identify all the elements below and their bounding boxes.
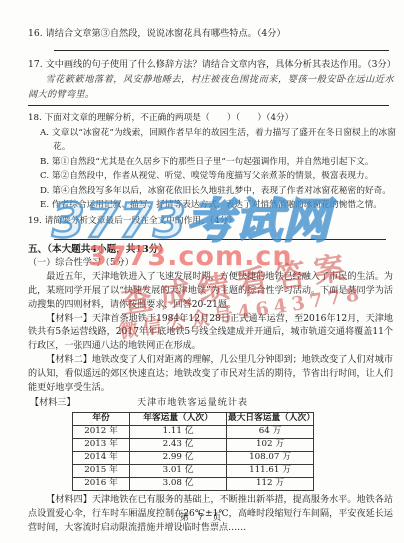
subsection-heading: （一）综合性学习（5分） bbox=[28, 257, 393, 271]
question-16: 16. 请结合文章第③自然段，说说冰窗花具有哪些特点。（4分） bbox=[28, 27, 392, 41]
question-18-block: 18. 下面对文章的理解分析，不正确的两项是（ ）（ ）（4分） A. 文章以“… bbox=[28, 111, 396, 228]
material-1-paragraph: 【材料一】天津首条地铁于1984年12月28日正式通车运营，至2016年12月，… bbox=[28, 313, 393, 355]
table-row: 2012 年 1.11 亿 64 万 bbox=[73, 425, 314, 438]
table-row: 2014 年 2.99 亿 108.07 万 bbox=[73, 451, 314, 464]
metro-ridership-table: 年份 年客运量（人次） 最大日客运量（人次） 2012 年 1.11 亿 64 … bbox=[72, 412, 314, 491]
material-3-label: 【材料三】 bbox=[30, 397, 75, 411]
option-e: E. 作者综合运用记叙、描写、抒情等表达方式，表达了对悄然消融的冰窗花的惋惜之情… bbox=[40, 198, 396, 213]
answer-line-q17 bbox=[28, 105, 389, 106]
header-max-daily-volume: 最大日客运量（人次） bbox=[227, 412, 314, 425]
page-number: 第 7 页 bbox=[0, 510, 404, 523]
material-3-row: 【材料三】 天津市地铁客运量统计表 bbox=[28, 397, 393, 410]
exam-paper-page: { "watermarks": { "blue_site": "3773考试网"… bbox=[0, 0, 404, 543]
intro-paragraph: 最近五年，天津地铁进入了飞速发展时期，方便快捷的地铁已经融入了市民的生活。为此，… bbox=[28, 271, 393, 313]
table-title: 天津市地铁客运量统计表 bbox=[72, 397, 313, 411]
option-c: C. 第②自然段中，作者从视觉、听觉、嗅觉等角度描写父亲煮茶的情景，极富表现力。 bbox=[40, 169, 396, 184]
option-b: B. 第①自然段“尤其是在久居乡下的那些日子里”一句起强调作用，并自然地引起下文… bbox=[40, 155, 396, 170]
section-five-heading: 五、（本大题共4小题，共13分） bbox=[28, 243, 393, 257]
section-five: 五、（本大题共4小题，共13分） （一）综合性学习（5分） 最近五年，天津地铁进… bbox=[28, 243, 393, 536]
table-row: 2013 年 2.43 亿 102 万 bbox=[73, 438, 314, 451]
table-row: 2016 年 3.08 亿 112 万 bbox=[73, 477, 314, 490]
option-a: A. 文章以“冰窗花”为线索，回顾作者早年的故园生活，着力描写了盛开在冬日窗棂上… bbox=[40, 126, 396, 155]
header-annual-volume: 年客运量（人次） bbox=[130, 412, 227, 425]
table-row: 2015 年 3.01 亿 111.61 万 bbox=[73, 464, 314, 477]
material-2-paragraph: 【材料二】地铁改变了人们对距离的理解，几公里几分钟即到；地铁改变了人们对城市的认… bbox=[28, 354, 393, 396]
question-17-block: 17. 文中画线的句子使用了什么修辞方法？请结合文章内容，具体分析其表达作用。（… bbox=[28, 57, 394, 102]
option-d: D. 第④自然段写多年以后，冰窗花依旧长久地驻扎梦中，表现了作者对冰窗花秘密的好… bbox=[40, 184, 396, 199]
question-17: 17. 文中画线的句子使用了什么修辞方法？请结合文章内容，具体分析其表达作用。（… bbox=[28, 57, 394, 72]
answer-line-q16 bbox=[54, 50, 389, 51]
table-header-row: 年份 年客运量（人次） 最大日客运量（人次） bbox=[73, 412, 314, 425]
question-18-stem: 18. 下面对文章的理解分析，不正确的两项是（ ）（ ）（4分） bbox=[28, 111, 396, 126]
answer-line-q19 bbox=[54, 239, 386, 240]
header-year: 年份 bbox=[73, 412, 130, 425]
question-17-quote: 雪花簌簌地落着，风安静地睡去，村庄被夜色围拢而来，婴孩一般安卧在远山近水阔大的臂… bbox=[28, 72, 394, 102]
question-19: 19. 请简要分析文章最后一段在全文中的作用。（4分） bbox=[28, 214, 396, 229]
